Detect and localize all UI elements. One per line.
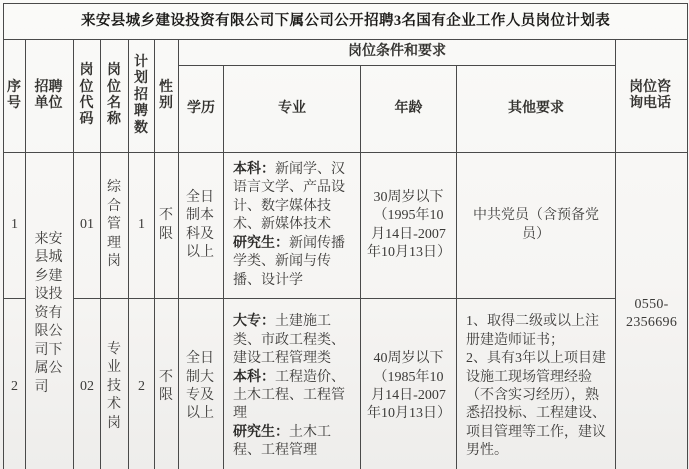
serial-number-cell: 1 — [4, 153, 26, 299]
header-serial-number: 序号 — [4, 40, 26, 153]
table-row: 2 02 专业技术岗 2 不限 全日制大专及以上 大专：土建施工类、市政工程类、… — [4, 299, 688, 469]
job-plan-table: 来安县城乡建设投资有限公司下属公司公开招聘3名国有企业工作人员岗位计划表 序号 … — [3, 3, 688, 469]
table-row: 1 来安县城乡建设投资有限公司下属公司 01 综合管理岗 1 不限 全日制本科及… — [4, 153, 688, 299]
recruiting-unit-cell: 来安县城乡建设投资有限公司下属公司 — [26, 153, 74, 469]
header-row-group: 序号 招聘单位 岗位代码 岗位名称 计划招聘数 性别 岗位条件和要求 岗位咨询电… — [4, 40, 688, 66]
header-planned-count: 计划招聘数 — [129, 40, 155, 153]
position-name-cell: 专业技术岗 — [101, 299, 129, 469]
title-row: 来安县城乡建设投资有限公司下属公司公开招聘3名国有企业工作人员岗位计划表 — [4, 4, 688, 40]
major-cell: 大专：土建施工类、市政工程类、建设工程管理类本科：工程造价、土木工程、工程管理研… — [224, 299, 361, 469]
planned-count-cell: 1 — [129, 153, 155, 299]
age-cell: 30周岁以下（1995年10月14日-2007年10月13日） — [361, 153, 457, 299]
gender-cell: 不限 — [155, 299, 179, 469]
gender-cell: 不限 — [155, 153, 179, 299]
position-name-cell: 综合管理岗 — [101, 153, 129, 299]
position-code-cell: 02 — [74, 299, 101, 469]
header-conditions-group: 岗位条件和要求 — [179, 40, 616, 66]
other-requirements-cell: 中共党员（含预备党员） — [457, 153, 616, 299]
table-title: 来安县城乡建设投资有限公司下属公司公开招聘3名国有企业工作人员岗位计划表 — [4, 4, 688, 40]
consult-phone-cell: 0550- 2356696 — [616, 153, 688, 469]
header-education: 学历 — [179, 66, 224, 153]
header-position-code: 岗位代码 — [74, 40, 101, 153]
planned-count-cell: 2 — [129, 299, 155, 469]
header-position-name: 岗位名称 — [101, 40, 129, 153]
header-gender: 性别 — [155, 40, 179, 153]
other-requirements-cell: 1、取得二级或以上注册建造师证书； 2、具有3年以上项目建设施工现场管理经验（不… — [457, 299, 616, 469]
header-other-requirements: 其他要求 — [457, 66, 616, 153]
header-age: 年龄 — [361, 66, 457, 153]
education-cell: 全日制本科及以上 — [179, 153, 224, 299]
header-recruiting-unit: 招聘单位 — [26, 40, 74, 153]
age-cell: 40周岁以下（1985年10月14日-2007年10月13日） — [361, 299, 457, 469]
header-major: 专业 — [224, 66, 361, 153]
header-consult-phone: 岗位咨询电话 — [616, 40, 688, 153]
major-cell: 本科：新闻学、汉语言文学、产品设计、数字媒体技术、新媒体技术研究生：新闻传播学类… — [224, 153, 361, 299]
recruitment-plan-document: 来安县城乡建设投资有限公司下属公司公开招聘3名国有企业工作人员岗位计划表 序号 … — [0, 0, 689, 469]
education-cell: 全日制大专及以上 — [179, 299, 224, 469]
serial-number-cell: 2 — [4, 299, 26, 469]
position-code-cell: 01 — [74, 153, 101, 299]
